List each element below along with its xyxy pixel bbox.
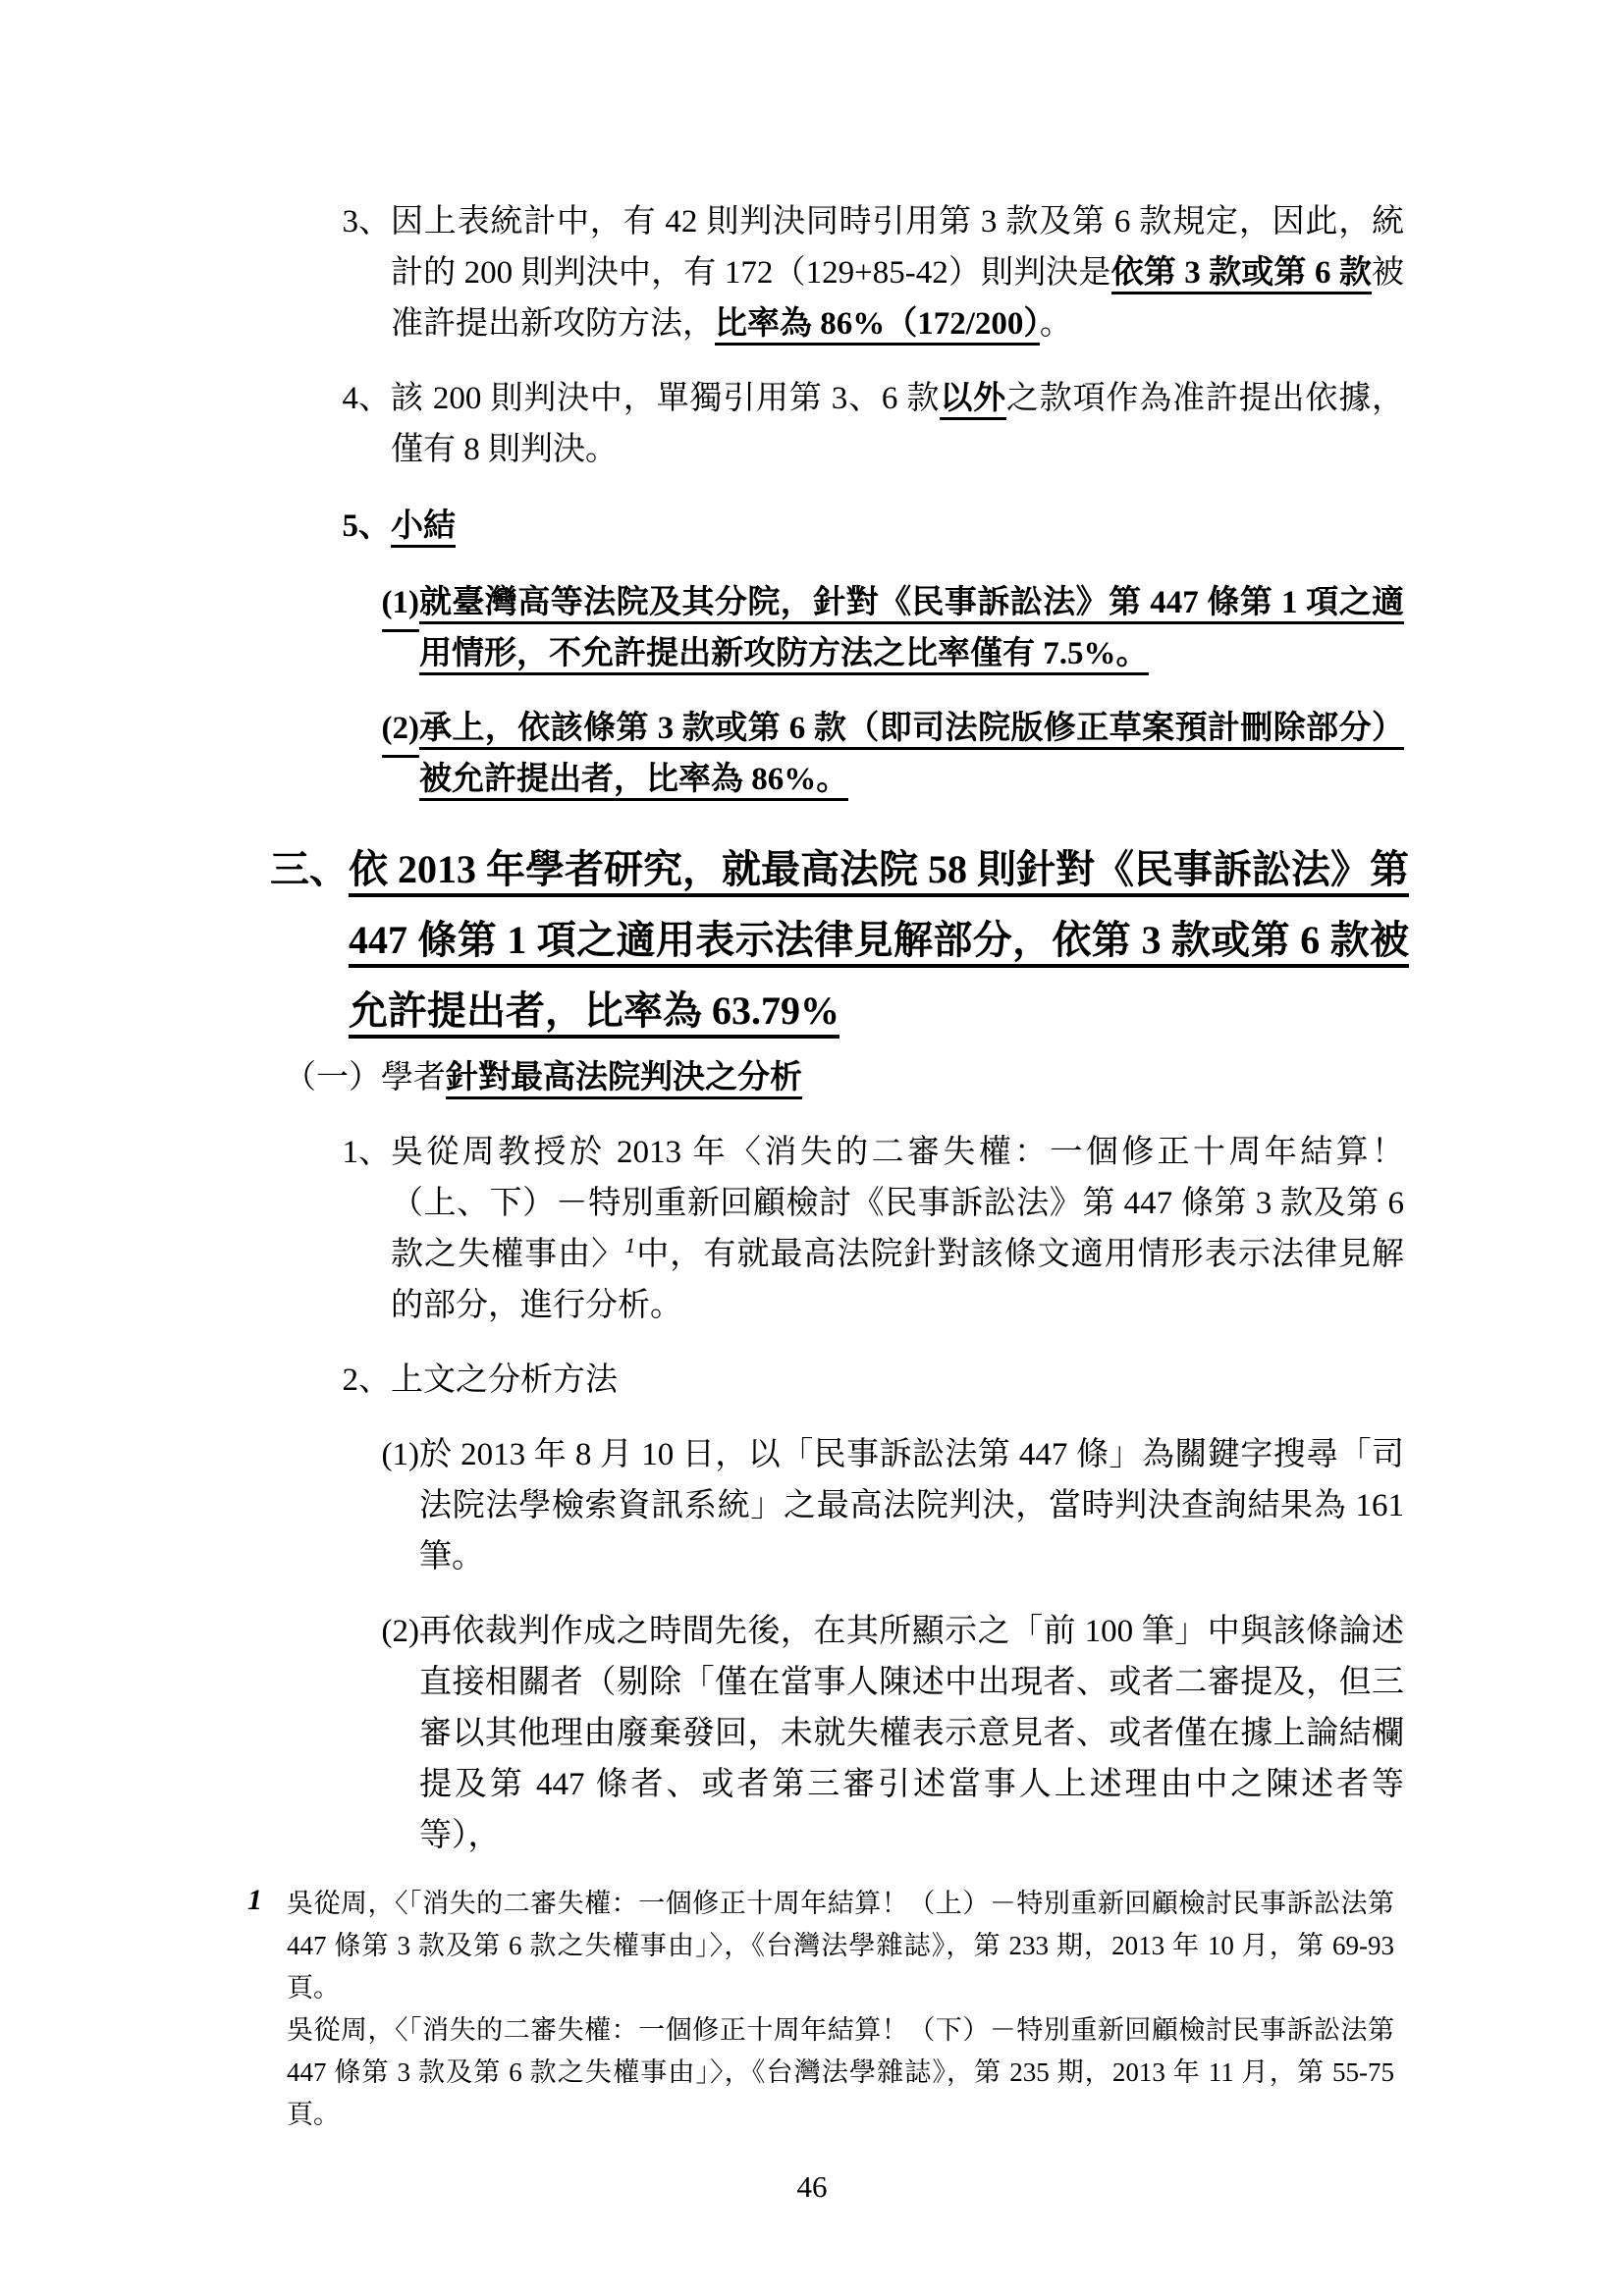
- underlined-run: 以外: [940, 381, 1006, 420]
- sub-item-5-2: (2)承上，依該條第 3 款或第 6 款（即司法院版修正草案預計刪除部分）被允許…: [419, 703, 1404, 805]
- page-number: 46: [0, 2169, 1624, 2205]
- underlined-run: 比率為 86%（172/200）: [715, 306, 1040, 346]
- sub-item-2-1: (1)於 2013 年 8 月 10 日，以「民事訴訟法第 447 條」為關鍵字…: [419, 1429, 1404, 1582]
- document-page: 3、因上表統計中，有 42 則判決同時引用第 3 款及第 6 款規定，因此，統計…: [0, 0, 1624, 2296]
- underlined-run: 針對最高法院判決之分析: [446, 1060, 802, 1099]
- heading-number: 三、: [270, 834, 349, 905]
- section-heading-3: 三、依 2013 年學者研究，就最高法院 58 則針對《民事訴訟法》第 447 …: [349, 834, 1409, 1046]
- text-run: 於 2013 年 8 月 10 日，以「民事訴訟法第 447 條」為關鍵字搜尋「…: [419, 1437, 1404, 1575]
- item-number: 1、: [343, 1127, 392, 1178]
- text-run: 上文之分析方法: [391, 1362, 618, 1398]
- item-number: 2、: [343, 1355, 392, 1406]
- item-number: (1): [382, 577, 419, 632]
- underlined-run: 小結: [391, 508, 456, 548]
- item-number: (1): [382, 1429, 419, 1480]
- underlined-run: 承上，依該條第 3 款或第 6 款（即司法院版修正草案預計刪除部分）被允許提出者…: [419, 711, 1404, 801]
- list-item-5: 5、小結: [391, 501, 1404, 552]
- footnote: 1 吳從周，〈「消失的二審失權：一個修正十周年結算！（上）－特別重新回顧檢討民事…: [287, 1883, 1394, 2136]
- text-run: 學者: [381, 1060, 446, 1095]
- sub-item-5-1: (1)就臺灣高等法院及其分院，針對《民事訴訟法》第 447 條第 1 項之適用情…: [419, 577, 1404, 679]
- underlined-run: 依第 3 款或第 6 款: [1111, 255, 1372, 294]
- sub-item-2-2: (2)再依裁判作成之時間先後，在其所顯示之「前 100 筆」中與該條論述直接相關…: [419, 1606, 1404, 1861]
- item-number: (2): [382, 1606, 419, 1657]
- item-number: (2): [382, 703, 419, 758]
- item-number: 4、: [343, 373, 392, 424]
- item-number: 5、: [343, 501, 392, 552]
- text-run: 再依裁判作成之時間先後，在其所顯示之「前 100 筆」中與該條論述直接相關者（剔…: [419, 1614, 1404, 1853]
- footnote-reference: 1: [624, 1233, 635, 1257]
- subsection-heading-a: （一）學者針對最高法院判決之分析: [284, 1052, 1624, 1103]
- list-item-2: 2、上文之分析方法: [391, 1355, 1404, 1406]
- heading-number: （一）: [284, 1060, 381, 1095]
- footnote-text: 吳從周，〈「消失的二審失權：一個修正十周年結算！（上）－特別重新回顧檢討民事訴訟…: [287, 1883, 1394, 2009]
- list-item-3: 3、因上表統計中，有 42 則判決同時引用第 3 款及第 6 款規定，因此，統計…: [391, 196, 1404, 349]
- item-number: 3、: [343, 196, 392, 247]
- underlined-run: 依 2013 年學者研究，就最高法院 58 則針對《民事訴訟法》第 447 條第…: [349, 847, 1409, 1039]
- footnote-text: 吳從周，〈「消失的二審失權：一個修正十周年結算！（下）－特別重新回顧檢討民事訴訟…: [287, 2009, 1394, 2136]
- list-item-1: 1、吳從周教授於 2013 年〈消失的二審失權：一個修正十周年結算！（上、下）－…: [391, 1127, 1404, 1331]
- text-run: 。: [1040, 306, 1072, 342]
- text-run: 該 200 則判決中，單獨引用第 3、6 款: [391, 381, 940, 416]
- list-item-4: 4、該 200 則判決中，單獨引用第 3、6 款以外之款項作為准許提出依據，僅有…: [391, 373, 1404, 475]
- footnote-marker: 1: [247, 1879, 262, 1921]
- underlined-run: 就臺灣高等法院及其分院，針對《民事訴訟法》第 447 條第 1 項之適用情形，不…: [419, 585, 1404, 675]
